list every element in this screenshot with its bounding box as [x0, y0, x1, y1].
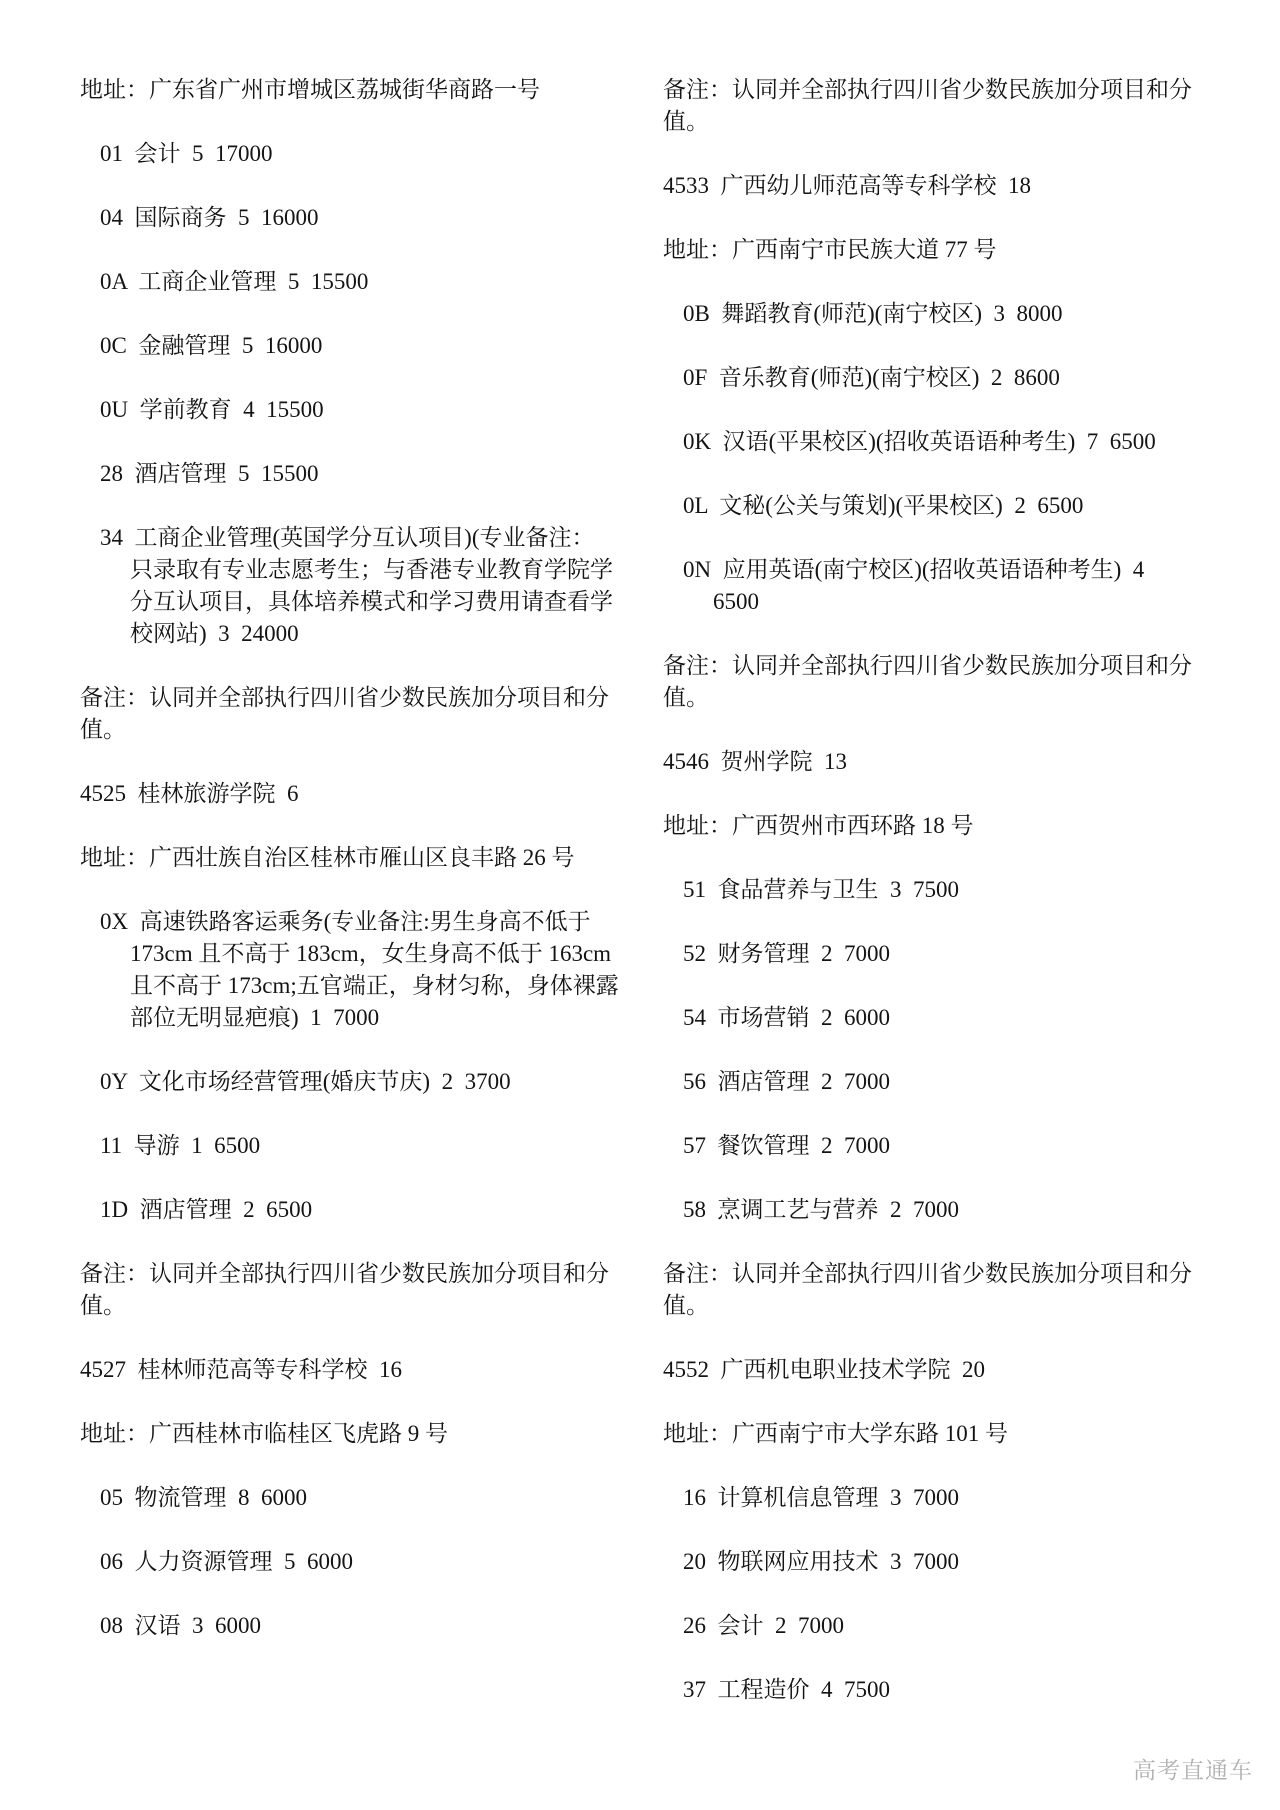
address-text-line: 地址：广西南宁市民族大道 77 号 — [663, 234, 1223, 266]
major-text-line: 11 导游 1 6500 — [80, 1130, 620, 1162]
entry-school: 4527 桂林师范高等专科学校 16 — [80, 1354, 620, 1386]
major-text-line: 0L 文秘(公关与策划)(平果校区) 2 6500 — [663, 490, 1223, 522]
school-text-line: 4552 广西机电职业技术学院 20 — [663, 1354, 1223, 1386]
entry-major: 0U 学前教育 4 15500 — [80, 394, 620, 426]
major-text-line: 0K 汉语(平果校区)(招收英语语种考生) 7 6500 — [663, 426, 1223, 458]
major-text-line: 20 物联网应用技术 3 7000 — [663, 1546, 1223, 1578]
entry-major: 16 计算机信息管理 3 7000 — [663, 1482, 1223, 1514]
remark-text-line: 值。 — [663, 682, 1223, 714]
major-text-line: 0C 金融管理 5 16000 — [80, 330, 620, 362]
address-text-line: 地址：广西桂林市临桂区飞虎路 9 号 — [80, 1418, 620, 1450]
text-column-left: 地址：广东省广州市增城区荔城街华商路一号01 会计 5 1700004 国际商务… — [80, 74, 620, 1674]
major-text-line: 16 计算机信息管理 3 7000 — [663, 1482, 1223, 1514]
major-text-line: 校网站) 3 24000 — [80, 618, 620, 650]
entry-major: 06 人力资源管理 5 6000 — [80, 1546, 620, 1578]
school-text-line: 4525 桂林旅游学院 6 — [80, 778, 620, 810]
major-text-line: 52 财务管理 2 7000 — [663, 938, 1223, 970]
major-text-line: 0Y 文化市场经营管理(婚庆节庆) 2 3700 — [80, 1066, 620, 1098]
entry-major: 37 工程造价 4 7500 — [663, 1674, 1223, 1706]
major-text-line: 只录取有专业志愿考生；与香港专业教育学院学 — [80, 554, 620, 586]
major-text-line: 0F 音乐教育(师范)(南宁校区) 2 8600 — [663, 362, 1223, 394]
entry-major: 58 烹调工艺与营养 2 7000 — [663, 1194, 1223, 1226]
school-text-line: 4533 广西幼儿师范高等专科学校 18 — [663, 170, 1223, 202]
entry-school: 4546 贺州学院 13 — [663, 746, 1223, 778]
entry-address: 地址：广西桂林市临桂区飞虎路 9 号 — [80, 1418, 620, 1450]
major-text-line: 54 市场营销 2 6000 — [663, 1002, 1223, 1034]
entry-address: 地址：广西壮族自治区桂林市雁山区良丰路 26 号 — [80, 842, 620, 874]
entry-major: 56 酒店管理 2 7000 — [663, 1066, 1223, 1098]
major-text-line: 且不高于 173cm;五官端正，身材匀称，身体裸露 — [80, 970, 620, 1002]
major-text-line: 56 酒店管理 2 7000 — [663, 1066, 1223, 1098]
entry-major: 0L 文秘(公关与策划)(平果校区) 2 6500 — [663, 490, 1223, 522]
entry-major: 1D 酒店管理 2 6500 — [80, 1194, 620, 1226]
major-text-line: 58 烹调工艺与营养 2 7000 — [663, 1194, 1223, 1226]
major-text-line: 26 会计 2 7000 — [663, 1610, 1223, 1642]
major-text-line: 34 工商企业管理(英国学分互认项目)(专业备注： — [80, 522, 620, 554]
entry-remark: 备注：认同并全部执行四川省少数民族加分项目和分值。 — [80, 682, 620, 746]
remark-text-line: 值。 — [663, 1290, 1223, 1322]
entry-major: 54 市场营销 2 6000 — [663, 1002, 1223, 1034]
major-text-line: 6500 — [663, 586, 1223, 618]
entry-major: 0K 汉语(平果校区)(招收英语语种考生) 7 6500 — [663, 426, 1223, 458]
entry-major: 11 导游 1 6500 — [80, 1130, 620, 1162]
major-text-line: 01 会计 5 17000 — [80, 138, 620, 170]
major-text-line: 0B 舞蹈教育(师范)(南宁校区) 3 8000 — [663, 298, 1223, 330]
entry-address: 地址：广东省广州市增城区荔城街华商路一号 — [80, 74, 620, 106]
text-column-right: 备注：认同并全部执行四川省少数民族加分项目和分值。4533 广西幼儿师范高等专科… — [663, 74, 1223, 1738]
entry-major: 0N 应用英语(南宁校区)(招收英语语种考生) 46500 — [663, 554, 1223, 618]
major-text-line: 05 物流管理 8 6000 — [80, 1482, 620, 1514]
major-text-line: 28 酒店管理 5 15500 — [80, 458, 620, 490]
remark-text-line: 值。 — [80, 1290, 620, 1322]
entry-major: 51 食品营养与卫生 3 7500 — [663, 874, 1223, 906]
remark-text-line: 备注：认同并全部执行四川省少数民族加分项目和分 — [80, 682, 620, 714]
major-text-line: 1D 酒店管理 2 6500 — [80, 1194, 620, 1226]
entry-major: 52 财务管理 2 7000 — [663, 938, 1223, 970]
entry-address: 地址：广西南宁市大学东路 101 号 — [663, 1418, 1223, 1450]
remark-text-line: 备注：认同并全部执行四川省少数民族加分项目和分 — [80, 1258, 620, 1290]
major-text-line: 04 国际商务 5 16000 — [80, 202, 620, 234]
school-text-line: 4546 贺州学院 13 — [663, 746, 1223, 778]
entry-major: 0A 工商企业管理 5 15500 — [80, 266, 620, 298]
major-text-line: 57 餐饮管理 2 7000 — [663, 1130, 1223, 1162]
watermark: 高考直通车 — [1133, 1759, 1253, 1782]
remark-text-line: 备注：认同并全部执行四川省少数民族加分项目和分 — [663, 650, 1223, 682]
major-text-line: 51 食品营养与卫生 3 7500 — [663, 874, 1223, 906]
entry-major: 0Y 文化市场经营管理(婚庆节庆) 2 3700 — [80, 1066, 620, 1098]
remark-text-line: 值。 — [663, 106, 1223, 138]
remark-text-line: 备注：认同并全部执行四川省少数民族加分项目和分 — [663, 74, 1223, 106]
entry-address: 地址：广西南宁市民族大道 77 号 — [663, 234, 1223, 266]
entry-major: 20 物联网应用技术 3 7000 — [663, 1546, 1223, 1578]
major-text-line: 08 汉语 3 6000 — [80, 1610, 620, 1642]
address-text-line: 地址：广西南宁市大学东路 101 号 — [663, 1418, 1223, 1450]
entry-remark: 备注：认同并全部执行四川省少数民族加分项目和分值。 — [663, 650, 1223, 714]
remark-text-line: 值。 — [80, 714, 620, 746]
entry-major: 0C 金融管理 5 16000 — [80, 330, 620, 362]
remark-text-line: 备注：认同并全部执行四川省少数民族加分项目和分 — [663, 1258, 1223, 1290]
school-text-line: 4527 桂林师范高等专科学校 16 — [80, 1354, 620, 1386]
entry-major: 26 会计 2 7000 — [663, 1610, 1223, 1642]
entry-address: 地址：广西贺州市西环路 18 号 — [663, 810, 1223, 842]
entry-major: 57 餐饮管理 2 7000 — [663, 1130, 1223, 1162]
entry-remark: 备注：认同并全部执行四川省少数民族加分项目和分值。 — [663, 1258, 1223, 1322]
entry-remark: 备注：认同并全部执行四川省少数民族加分项目和分值。 — [80, 1258, 620, 1322]
document-page: 地址：广东省广州市增城区荔城街华商路一号01 会计 5 1700004 国际商务… — [0, 0, 1280, 1810]
entry-major: 08 汉语 3 6000 — [80, 1610, 620, 1642]
entry-remark: 备注：认同并全部执行四川省少数民族加分项目和分值。 — [663, 74, 1223, 138]
entry-school: 4525 桂林旅游学院 6 — [80, 778, 620, 810]
entry-major: 04 国际商务 5 16000 — [80, 202, 620, 234]
major-text-line: 0U 学前教育 4 15500 — [80, 394, 620, 426]
address-text-line: 地址：广西贺州市西环路 18 号 — [663, 810, 1223, 842]
entry-major: 0X 高速铁路客运乘务(专业备注:男生身高不低于173cm 且不高于 183cm… — [80, 906, 620, 1034]
entry-major: 0B 舞蹈教育(师范)(南宁校区) 3 8000 — [663, 298, 1223, 330]
entry-major: 01 会计 5 17000 — [80, 138, 620, 170]
major-text-line: 0X 高速铁路客运乘务(专业备注:男生身高不低于 — [80, 906, 620, 938]
address-text-line: 地址：广西壮族自治区桂林市雁山区良丰路 26 号 — [80, 842, 620, 874]
major-text-line: 0A 工商企业管理 5 15500 — [80, 266, 620, 298]
major-text-line: 0N 应用英语(南宁校区)(招收英语语种考生) 4 — [663, 554, 1223, 586]
address-text-line: 地址：广东省广州市增城区荔城街华商路一号 — [80, 74, 620, 106]
major-text-line: 06 人力资源管理 5 6000 — [80, 1546, 620, 1578]
major-text-line: 37 工程造价 4 7500 — [663, 1674, 1223, 1706]
entry-school: 4533 广西幼儿师范高等专科学校 18 — [663, 170, 1223, 202]
entry-major: 34 工商企业管理(英国学分互认项目)(专业备注：只录取有专业志愿考生；与香港专… — [80, 522, 620, 650]
entry-major: 05 物流管理 8 6000 — [80, 1482, 620, 1514]
major-text-line: 部位无明显疤痕) 1 7000 — [80, 1002, 620, 1034]
entry-major: 28 酒店管理 5 15500 — [80, 458, 620, 490]
entry-school: 4552 广西机电职业技术学院 20 — [663, 1354, 1223, 1386]
entry-major: 0F 音乐教育(师范)(南宁校区) 2 8600 — [663, 362, 1223, 394]
major-text-line: 173cm 且不高于 183cm，女生身高不低于 163cm — [80, 938, 620, 970]
major-text-line: 分互认项目，具体培养模式和学习费用请查看学 — [80, 586, 620, 618]
